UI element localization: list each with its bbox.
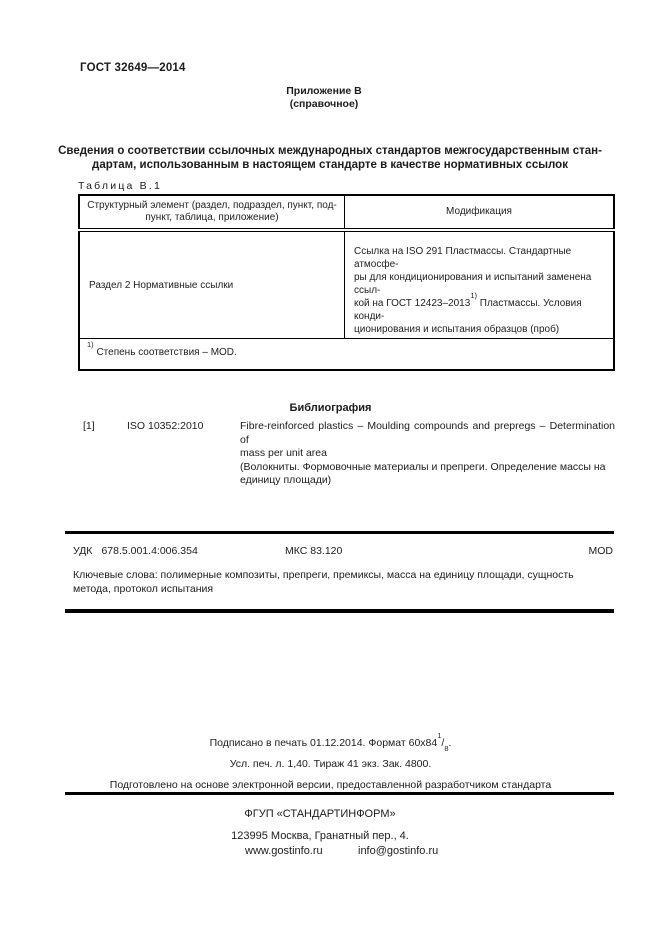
mod-label: MOD — [589, 545, 614, 557]
bib-standard-id: ISO 10352:2010 — [127, 420, 203, 432]
publisher-website: www.gostinfo.ru — [245, 845, 323, 857]
imprint-line-2: Усл. печ. л. 1,40. Тираж 41 экз. Зак. 48… — [3, 757, 658, 771]
table-footnote: 1) Степень соответствия – MOD. — [79, 339, 614, 371]
keywords: Ключевые слова: полимерные композиты, пр… — [73, 569, 615, 596]
format-fraction-denominator: 8 — [444, 744, 448, 753]
imprint-line1-period: . — [448, 737, 451, 749]
cell-modification: Ссылка на ISO 291 Пластмассы. Стандартны… — [345, 230, 615, 339]
mks-code: МКС 83.120 — [285, 545, 342, 557]
publisher-name: ФГУП «СТАНДАРТИНФОРМ» — [0, 808, 640, 821]
table-header-row: Структурный элемент (раздел, подраздел, … — [79, 195, 614, 230]
table-row: Раздел 2 Нормативные ссылки Ссылка на IS… — [79, 230, 614, 339]
horizontal-rule-bottom — [65, 792, 614, 795]
footnote-text: Степень соответствия – MOD. — [94, 347, 237, 358]
udk-code: УДК678.5.001.4:006.354 — [73, 545, 198, 557]
annex-heading: Приложение В (справочное) — [0, 85, 648, 111]
horizontal-rule-top — [65, 531, 614, 534]
imprint-line-3: Подготовлено на основе электронной верси… — [3, 778, 658, 792]
section-title: Сведения о соответствии ссылочных междун… — [50, 145, 610, 172]
annex-title: Приложение В — [0, 85, 648, 98]
document-page: ГОСТ 32649—2014 Приложение В (справочное… — [0, 0, 661, 935]
footnote-marker-sup: 1) — [87, 340, 94, 349]
doc-number: ГОСТ 32649—2014 — [80, 62, 186, 74]
codes-row: УДК678.5.001.4:006.354 МКС 83.120 MOD — [0, 545, 661, 559]
imprint-line-1: Подписано в печать 01.12.2014. Формат 60… — [3, 736, 658, 750]
annex-subtitle: (справочное) — [0, 98, 648, 111]
udk-label: УДК — [73, 545, 92, 557]
table-caption: Таблица В.1 — [78, 180, 162, 192]
horizontal-rule-middle — [65, 609, 614, 613]
format-fraction-numerator: 1 — [437, 731, 441, 740]
col-header-structural-element: Структурный элемент (раздел, подраздел, … — [79, 195, 345, 230]
publisher-address: 123995 Москва, Гранатный пер., 4. — [0, 830, 640, 843]
footnote-reference-sup: 1) — [470, 291, 477, 300]
bib-description: Fibre-reinforced plastics – Moulding com… — [240, 420, 615, 488]
bib-ref-number: [1] — [83, 420, 95, 432]
col-header-modification: Модификация — [345, 195, 615, 230]
imprint-line1-text: Подписано в печать 01.12.2014. Формат 60… — [210, 737, 438, 749]
publisher-email: info@gostinfo.ru — [358, 845, 438, 857]
imprint-block: Подписано в печать 01.12.2014. Формат 60… — [3, 736, 658, 799]
cell-structural-element: Раздел 2 Нормативные ссылки — [79, 230, 345, 339]
table-footnote-row: 1) Степень соответствия – MOD. — [79, 339, 614, 371]
publisher-block: ФГУП «СТАНДАРТИНФОРМ» 123995 Москва, Гра… — [0, 808, 640, 843]
udk-value: 678.5.001.4:006.354 — [101, 545, 197, 557]
bibliography-title: Библиография — [0, 402, 661, 414]
correspondence-table: Структурный элемент (раздел, подраздел, … — [78, 194, 615, 371]
